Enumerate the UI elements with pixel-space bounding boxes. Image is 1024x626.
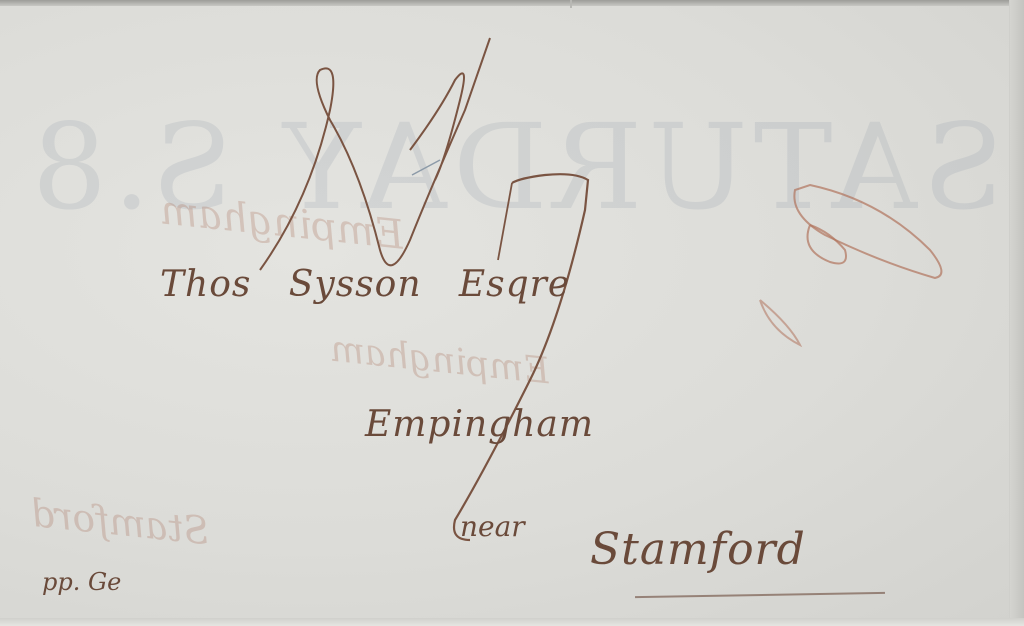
address-town: Empingham xyxy=(365,404,594,445)
recipient-name: Sysson xyxy=(289,264,422,305)
recipient-line: Thos Sysson Esqre xyxy=(160,264,570,305)
address-post-town: Stamford xyxy=(590,524,806,575)
endorsement-note: pp. Ge xyxy=(42,568,121,596)
address-connector: near xyxy=(460,510,525,543)
recipient-suffix: Esqre xyxy=(459,264,570,305)
recipient-title: Thos xyxy=(160,264,251,305)
letter-sheet: SATURDAY S.8 Empingham Empingham Stamfor… xyxy=(0,0,1024,626)
